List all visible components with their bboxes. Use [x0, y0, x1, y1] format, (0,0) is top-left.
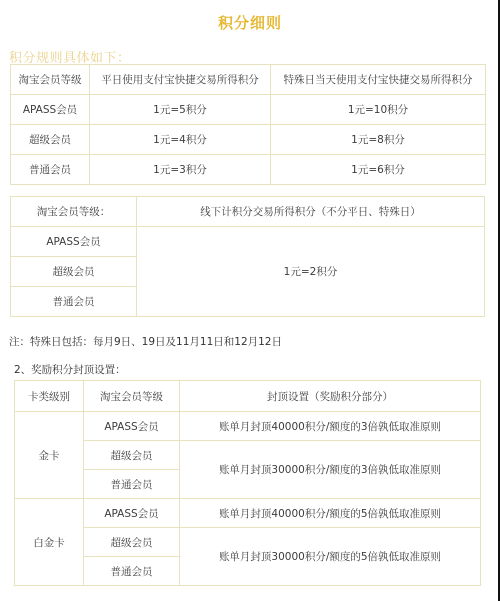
table-row: 超级会员 账单月封顶30000积分/额度的3倍孰低取准原则: [15, 441, 481, 470]
cap-setting: 账单月封顶30000积分/额度的3倍孰低取准原则: [180, 441, 481, 499]
table-row: APASS会员 1元=5积分 1元=10积分: [11, 95, 486, 125]
normal-day-rate: 1元=4积分: [90, 125, 271, 155]
member-level: 普通会员: [11, 155, 90, 185]
cap-setting: 账单月封顶40000积分/额度的5倍孰低取准原则: [180, 499, 481, 528]
offline-rate: 1元=2积分: [137, 227, 485, 317]
member-level: APASS会员: [11, 227, 137, 257]
table-row: 金卡 APASS会员 账单月封顶40000积分/额度的3倍孰低取准原则: [15, 412, 481, 441]
member-level: 超级会员: [11, 257, 137, 287]
special-day-note: 注：特殊日包括：每月9日、19日及11月11日和12月12日: [9, 334, 282, 349]
points-cap-table: 卡类级别 淘宝会员等级 封顶设置（奖励积分部分） 金卡 APASS会员 账单月封…: [14, 380, 481, 586]
header-cell: 卡类级别: [15, 381, 84, 412]
header-cell: 淘宝会员等级：: [11, 197, 137, 227]
normal-day-rate: 1元=3积分: [90, 155, 271, 185]
member-level: 普通会员: [11, 287, 137, 317]
points-rate-table: 淘宝会员等级 平日使用支付宝快捷交易所得积分 特殊日当天使用支付宝快捷交易所得积…: [10, 64, 486, 185]
table-header-row: 淘宝会员等级 平日使用支付宝快捷交易所得积分 特殊日当天使用支付宝快捷交易所得积…: [11, 65, 486, 95]
table-header-row: 淘宝会员等级： 线下计积分交易所得积分（不分平日、特殊日）: [11, 197, 485, 227]
member-level: 普通会员: [84, 557, 180, 586]
table-row: APASS会员 1元=2积分: [11, 227, 485, 257]
header-cell: 平日使用支付宝快捷交易所得积分: [90, 65, 271, 95]
special-day-rate: 1元=8积分: [271, 125, 486, 155]
table-header-row: 卡类级别 淘宝会员等级 封顶设置（奖励积分部分）: [15, 381, 481, 412]
member-level: 普通会员: [84, 470, 180, 499]
member-level: APASS会员: [84, 499, 180, 528]
member-level: 超级会员: [84, 528, 180, 557]
special-day-rate: 1元=10积分: [271, 95, 486, 125]
member-level: 超级会员: [84, 441, 180, 470]
header-cell: 淘宝会员等级: [84, 381, 180, 412]
table-row: 超级会员 1元=4积分 1元=8积分: [11, 125, 486, 155]
cap-setting: 账单月封顶30000积分/额度的5倍孰低取准原则: [180, 528, 481, 586]
section-title: 2、奖励积分封顶设置：: [14, 362, 126, 377]
header-cell: 线下计积分交易所得积分（不分平日、特殊日）: [137, 197, 485, 227]
table-row: 超级会员 账单月封顶30000积分/额度的5倍孰低取准原则: [15, 528, 481, 557]
page-title: 积分细则: [0, 12, 500, 33]
header-cell: 淘宝会员等级: [11, 65, 90, 95]
normal-day-rate: 1元=5积分: [90, 95, 271, 125]
card-type: 金卡: [15, 412, 84, 499]
member-level: 超级会员: [11, 125, 90, 155]
special-day-rate: 1元=6积分: [271, 155, 486, 185]
header-cell: 特殊日当天使用支付宝快捷交易所得积分: [271, 65, 486, 95]
header-cell: 封顶设置（奖励积分部分）: [180, 381, 481, 412]
member-level: APASS会员: [84, 412, 180, 441]
table-row: 普通会员 1元=3积分 1元=6积分: [11, 155, 486, 185]
member-level: APASS会员: [11, 95, 90, 125]
cap-setting: 账单月封顶40000积分/额度的3倍孰低取准原则: [180, 412, 481, 441]
card-type: 白金卡: [15, 499, 84, 586]
offline-points-table: 淘宝会员等级： 线下计积分交易所得积分（不分平日、特殊日） APASS会员 1元…: [10, 196, 485, 317]
table-row: 白金卡 APASS会员 账单月封顶40000积分/额度的5倍孰低取准原则: [15, 499, 481, 528]
